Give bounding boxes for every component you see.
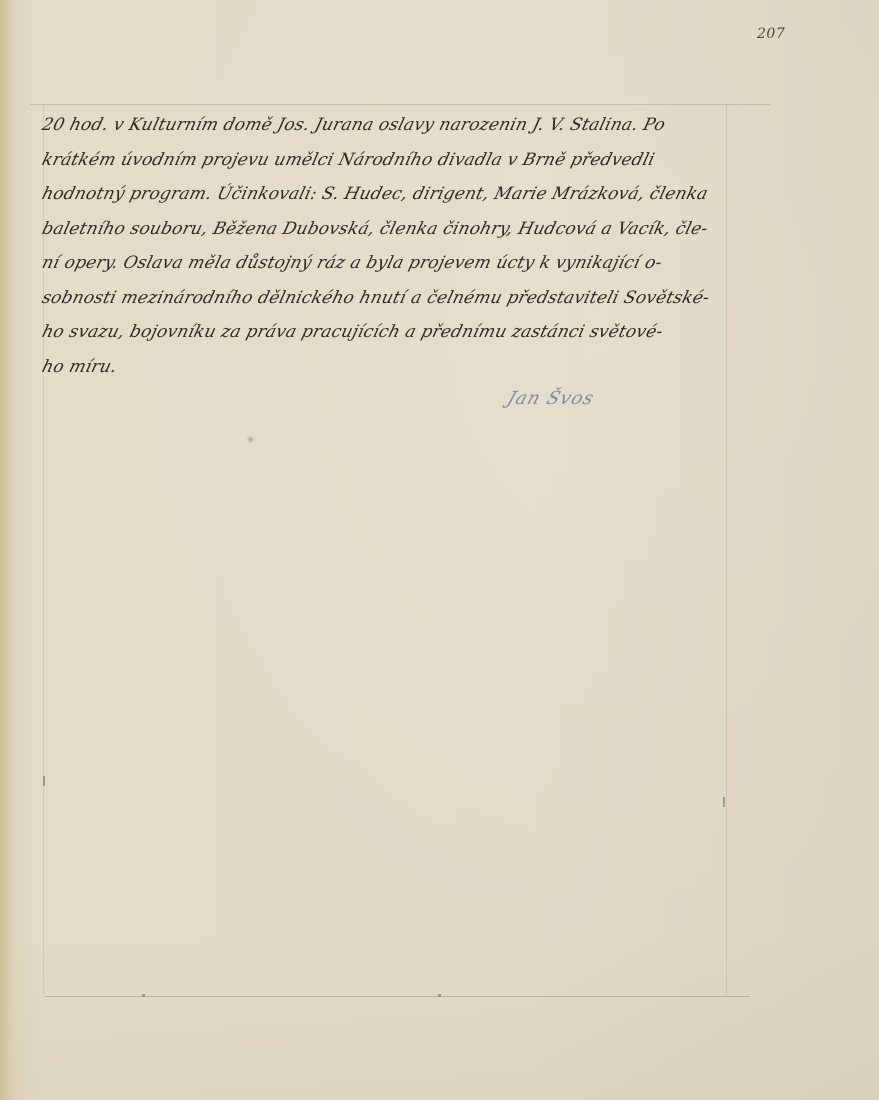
text-line: baletního souboru, Běžena Dubovská, člen… [38,212,737,247]
binding-edge [0,0,14,1100]
signature: Jan Švos [505,388,598,409]
text-line: ho svazu, bojovníku za práva pracujících… [38,315,737,350]
margin-mark-left [43,776,45,786]
text-line: ní opery. Oslava měla důstojný ráz a byl… [38,246,737,281]
text-line: hodnotný program. Účinkovali: S. Hudec, … [38,177,737,212]
ruled-frame-top-line [30,104,770,105]
page-number: 207 [757,26,785,42]
text-line: sobnosti mezinárodního dělnického hnutí … [38,281,737,316]
handwritten-text-block: 20 hod. v Kulturním domě Jos. Jurana osl… [38,108,728,384]
text-line: krátkém úvodním projevu umělci Národního… [38,143,737,178]
margin-mark-right [723,797,725,807]
paper-stain [246,436,255,443]
text-line: ho míru. [38,350,737,385]
bottom-line-mark [438,994,441,997]
text-line: 20 hod. v Kulturním domě Jos. Jurana osl… [38,108,737,143]
document-page: 207 20 hod. v Kulturním domě Jos. Jurana… [0,0,879,1100]
bottom-line-mark [142,994,145,997]
ruled-frame-bottom-line [45,996,750,997]
